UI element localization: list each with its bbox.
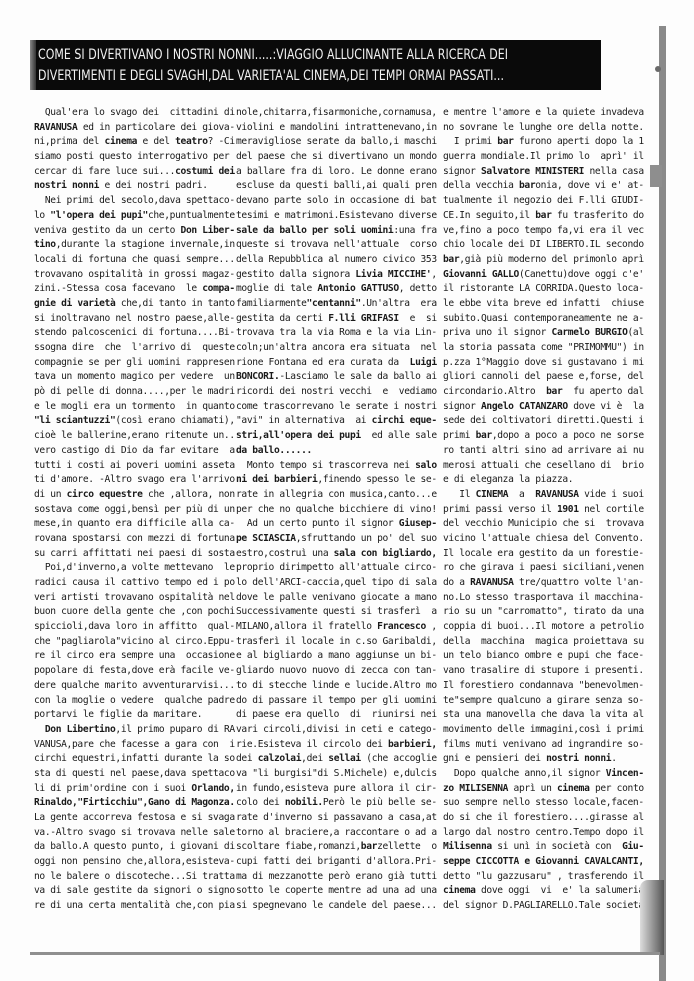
text-line: priva uno il signor Carmelo BURGIO(al xyxy=(443,326,643,341)
banner-scan-edge xyxy=(30,40,36,90)
text-line: da ballo...... xyxy=(236,444,436,459)
text-line: va.-Altro svago si trovava nelle sale xyxy=(34,826,234,841)
text-line: ro tanti altri sino ad arrivare ai nu xyxy=(443,444,643,459)
text-line: MILANO,allora il fratello Francesco , xyxy=(236,620,436,635)
text-line: rione Fontana ed era curata da Luigi xyxy=(236,356,436,371)
text-line: della macchina magica proiettava su xyxy=(443,635,643,650)
text-line: tino,durante la stagione invernale,in xyxy=(34,238,234,253)
text-line: do a RAVANUSA tre/quattro volte l'an- xyxy=(443,576,643,591)
text-line: compagnie se per gli uomini rappresen xyxy=(34,356,234,371)
text-line: vero castigo di Dio da far evitare a xyxy=(34,444,234,459)
text-line: gliori cannoli del paese e,forse, del xyxy=(443,370,643,385)
text-line: portarvi le figlie da maritare. xyxy=(34,708,234,723)
text-line: subito.Quasi contemporaneamente ne a- xyxy=(443,312,643,327)
text-line: stri,all'opera dei pupi ed alle sale xyxy=(236,429,436,444)
text-line: coppia di buoi...Il motore a petrolio xyxy=(443,620,643,635)
text-line: e le mogli era un tormento in quanto xyxy=(34,400,234,415)
text-line: cupi fatti dei briganti d'allora.Pri- xyxy=(236,855,436,870)
text-line: films muti venivano ad ingrandire so- xyxy=(443,738,643,753)
text-line: pe SCIASCIA,sfruttando un po' del suo xyxy=(236,532,436,547)
text-line: e di eleganza la piazza. xyxy=(443,473,643,488)
text-line: rovana spostarsi con mezzi di fortuna xyxy=(34,532,234,547)
text-line: CE.In seguito,il bar fu trasferito do xyxy=(443,209,643,224)
text-line: e mentre l'amore e la quiete invadeva xyxy=(443,106,643,121)
text-line: ssogna dire che l'arrivo di queste xyxy=(34,341,234,356)
text-line: pò di pelle di donna....,per le madri xyxy=(34,385,234,400)
text-line: Il forestiero condannava "benevolmen- xyxy=(443,679,643,694)
article-column-1: Qual'era lo svago dei cittadini diRAVANU… xyxy=(34,106,234,914)
text-line: Qual'era lo svago dei cittadini di xyxy=(34,106,234,121)
text-line: sale da ballo per soli uomini:una fra xyxy=(236,224,436,239)
text-line: gliardo nuovo nuovo di zecca con tan- xyxy=(236,664,436,679)
text-line: e al bigliardo a mano aggiunse un bi- xyxy=(236,649,436,664)
text-line: le ebbe vita breve ed infatti chiuse xyxy=(443,297,643,312)
text-line: Successivamente questi si trasferì a xyxy=(236,605,436,620)
text-line: con la moglie o vedere qualche padre xyxy=(34,694,234,709)
text-line: Don Libertino,il primo puparo di RA xyxy=(34,723,234,738)
text-line: zini.-Stessa cosa facevano le compa- xyxy=(34,282,234,297)
text-line: La gente accorreva festosa e si svaga xyxy=(34,811,234,826)
text-line: proprio dirimpetto all'attuale circo- xyxy=(236,561,436,576)
text-line: ni dei barbieri,finendo spesso le se- xyxy=(236,473,436,488)
text-line: primi passi verso il 1901 nel cortile xyxy=(443,503,643,518)
text-line: cercar di fare luce sui...costumi dei xyxy=(34,165,234,180)
text-line: siamo posti questo interrogativo per xyxy=(34,150,234,165)
text-line: seppe CICCOTTA e Giovanni CAVALCANTI, xyxy=(443,855,643,870)
headline-banner: COME SI DIVERTIVANO I NOSTRI NONNI.....:… xyxy=(30,40,601,90)
text-line: la storia passata come "PRIMOMMU") in xyxy=(443,341,643,356)
text-line: tualmente il negozio dei F.lli GIUDI- xyxy=(443,194,643,209)
text-line: gni e pensieri dei nostri nonni. xyxy=(443,752,643,767)
text-line: va di sale gestite da signori o signo xyxy=(34,884,234,899)
text-line: oggi non pensino che,allora,esisteva- xyxy=(34,855,234,870)
text-line: tutti i costi ai poveri uomini asseta xyxy=(34,459,234,474)
text-line: detto "lu gazzusaru" , trasferendo il xyxy=(443,870,643,885)
text-line: spiccioli,dava loro in affitto qual- xyxy=(34,620,234,635)
text-line: veri artisti trovavano ospitalità nel xyxy=(34,591,234,606)
text-line: bar,già più moderno del primonlo aprì xyxy=(443,253,643,268)
scan-artifact-tab xyxy=(650,165,662,187)
text-line: di paese era quello di riunirsi nei xyxy=(236,708,436,723)
scan-corner-shadow xyxy=(640,880,664,955)
text-line: violini e mandolini intrattenevano,in xyxy=(236,121,436,136)
text-line: Dopo qualche anno,il signor Vincen- xyxy=(443,767,643,782)
text-line: to di stecche linde e lucide.Altro mo xyxy=(236,679,436,694)
text-line: nole,chitarra,fisarmoniche,cornamusa, xyxy=(236,106,436,121)
text-line: cioè le ballerine,erano ritenute un.. xyxy=(34,429,234,444)
text-line: del signor D.PAGLIARELLO.Tale società xyxy=(443,899,643,914)
text-line: circhi equestri,infatti durante la so xyxy=(34,752,234,767)
text-line: come trascorrevano le serate i nostri xyxy=(236,400,436,415)
text-line: rate d'inverno si passavano a casa,at xyxy=(236,811,436,826)
text-line: che "pagliarola"vicino al circo.Eppu- xyxy=(34,635,234,650)
text-line: rie.Esisteva il circolo dei barbieri, xyxy=(236,738,436,753)
text-line: gestita da certi F.lli GRIFASI e si xyxy=(236,312,436,327)
text-line: do si che il forestiero....girasse al xyxy=(443,811,643,826)
text-line: Ad un certo punto il signor Giusep- xyxy=(236,517,436,532)
text-line: nostri nonni e dei nostri padri. xyxy=(34,179,234,194)
text-line: stendo palcoscenici di fortuna....Bi- xyxy=(34,326,234,341)
text-line: escluse da questi balli,ai quali pren xyxy=(236,179,436,194)
article-column-2: nole,chitarra,fisarmoniche,cornamusa,vio… xyxy=(236,106,436,914)
text-line: ro che girava i paesi siciliani,venen xyxy=(443,561,643,576)
headline-line-2: DIVERTIMENTI E DEGLI SVAGHI,DAL VARIETA'… xyxy=(38,66,522,87)
text-line: mese,in quanto era difficile alla ca- xyxy=(34,517,234,532)
text-line: rio su un "carromatto", tirato da una xyxy=(443,605,643,620)
text-line: largo dal nostro centro.Tempo dopo il xyxy=(443,826,643,841)
text-line: circondario.Altro bar fu aperto dal xyxy=(443,385,643,400)
text-line: ma di mezzanotte però erano già tutti xyxy=(236,870,436,885)
text-line: ni,prima del cinema e del teatro? -Ci xyxy=(34,135,234,150)
text-line: a ballare fra di loro. Le donne erano xyxy=(236,165,436,180)
text-line: dove le palle venivano giocate a mano xyxy=(236,591,436,606)
text-line: dei calzolai,dei sellai (che accoglie xyxy=(236,752,436,767)
text-line: signor Salvatore MINISTERI nella casa xyxy=(443,165,643,180)
text-line: familiarmente"centanni".Un'altra era xyxy=(236,297,436,312)
text-line: do di passare il tempo per gli uomini xyxy=(236,694,436,709)
text-line: tesimi e matrimoni.Esistevano diverse xyxy=(236,209,436,224)
text-line: "li sciantuzzi"(così erano chiamati), xyxy=(34,414,234,429)
text-line: della vecchia baronia, dove vi e' at- xyxy=(443,179,643,194)
text-line: un telo bianco ombre e pupi che face- xyxy=(443,649,643,664)
text-line: si spegnevano le candele del paese... xyxy=(236,899,436,914)
text-line: si inoltravano nel nostro paese,alle- xyxy=(34,312,234,327)
text-line: BONCORI.-Lasciamo le sale da ballo ai xyxy=(236,370,436,385)
text-line: sede dei coltivatori diretti.Questi i xyxy=(443,414,643,429)
text-line: gnie di varietà che,di tanto in tanto xyxy=(34,297,234,312)
text-line: Giovanni GALLO(Canettu)dove oggi c'e' xyxy=(443,268,643,283)
text-line: scoltare fiabe,romanzi,barzellette o xyxy=(236,840,436,855)
text-line: coln;un'altra ancora era situata nel xyxy=(236,341,436,356)
text-line: Il CINEMA a RAVANUSA vide i suoi xyxy=(443,488,643,503)
text-line: zo MILISENNA aprì un cinema per conto xyxy=(443,782,643,797)
text-line: primi bar,dopo a poco a poco ne sorse xyxy=(443,429,643,444)
text-line: Monto tempo si trascorreva nei salo xyxy=(236,459,436,474)
text-line: meravigliose serate da ballo,i maschi xyxy=(236,135,436,150)
text-line: radici causa il cattivo tempo ed i po xyxy=(34,576,234,591)
text-line: guerra mondiale.Il primo lo aprì' il xyxy=(443,150,643,165)
text-line: torno al braciere,a raccontare o ad a xyxy=(236,826,436,841)
text-line: re di una certa mentalità che,con pia xyxy=(34,899,234,914)
scanned-page: COME SI DIVERTIVANO I NOSTRI NONNI.....:… xyxy=(0,0,694,981)
text-line: del vecchio Municipio che si trovava xyxy=(443,517,643,532)
text-line: vari circoli,divisi in ceti e catego- xyxy=(236,723,436,738)
text-line: movimento delle immagini,così i primi xyxy=(443,723,643,738)
text-line: dere qualche marito avventurarvisi... xyxy=(34,679,234,694)
text-line: no.Lo stesso trasportava il macchina- xyxy=(443,591,643,606)
text-line: VANUSA,pare che facesse a gara con i xyxy=(34,738,234,753)
scan-artifact-dot xyxy=(655,66,661,72)
text-line: tava un momento magico per vedere un xyxy=(34,370,234,385)
text-line: vicino l'attuale chiesa del Convento. xyxy=(443,532,643,547)
text-line: Poi,d'inverno,a volte mettevano le xyxy=(34,561,234,576)
text-line: locali di fortuna che quasi sempre... xyxy=(34,253,234,268)
text-line: Rinaldo,"Firticchiu",Gano di Magonza. xyxy=(34,796,234,811)
text-line: colo dei nobili.Però le più belle se- xyxy=(236,796,436,811)
text-line: trovava tra la via Roma e la via Lin- xyxy=(236,326,436,341)
text-line: Nei primi del secolo,dava spettaco- xyxy=(34,194,234,209)
page-bottom-rule xyxy=(30,952,660,955)
text-line: ricordi dei nostri vecchi e vediamo xyxy=(236,385,436,400)
text-line: trasferì il locale in c.so Garibaldi, xyxy=(236,635,436,650)
text-line: vano trasalire di stupore i presenti. xyxy=(443,664,643,679)
text-line: devano parte solo in occasione di bat xyxy=(236,194,436,209)
text-line: su carri affittati nei paesi di sosta xyxy=(34,547,234,562)
text-line: rate in allegria con musica,canto...e xyxy=(236,488,436,503)
text-line: veniva gestito da un certo Don Liber- xyxy=(34,224,234,239)
text-line: gestito dalla signora Livia MICCIHE', xyxy=(236,268,436,283)
text-line: estro,costruì una sala con bigliardo, xyxy=(236,547,436,562)
text-line: moglie di tale Antonio GATTUSO, detto xyxy=(236,282,436,297)
text-line: sta una manovella che dava la vita al xyxy=(443,708,643,723)
text-line: re il circo era sempre una occasione xyxy=(34,649,234,664)
text-line: te"sempre qualcuno a girare senza so- xyxy=(443,694,643,709)
text-line: della Repubblica al numero civico 353 xyxy=(236,253,436,268)
text-line: Il locale era gestito da un forestie- xyxy=(443,547,643,562)
text-line: I primi bar furono aperti dopo la 1 xyxy=(443,135,643,150)
text-line: sostava come oggi,bensì per più di un xyxy=(34,503,234,518)
text-line: Milisenna si unì in società con Giu- xyxy=(443,840,643,855)
text-line: no le balere o discoteche...Si tratta xyxy=(34,870,234,885)
text-line: cinema dove oggi vi e' la salumeria xyxy=(443,884,643,899)
text-line: va "li burgisi"di S.Michele) e,dulcis xyxy=(236,767,436,782)
text-line: da ballo.A questo punto, i giovani di xyxy=(34,840,234,855)
text-line: queste si trovava nell'attuale corso xyxy=(236,238,436,253)
text-line: lo dell'ARCI-caccia,quel tipo di sala xyxy=(236,576,436,591)
text-line: in fundo,esisteva pure allora il cir- xyxy=(236,782,436,797)
text-line: merosi attuali che cesellano di brio xyxy=(443,459,643,474)
text-line: ti d'amore. -Altro svago era l'arrivo xyxy=(34,473,234,488)
headline-line-1: COME SI DIVERTIVANO I NOSTRI NONNI.....:… xyxy=(38,45,522,66)
text-line: buon cuore della gente che ,con pochi xyxy=(34,605,234,620)
text-line: signor Angelo CATANZARO dove vi è la xyxy=(443,400,643,415)
text-line: sotto le coperte mentre ad una ad una xyxy=(236,884,436,899)
text-line: "avi" in alternativa ai circhi eque- xyxy=(236,414,436,429)
text-line: trovavano ospitalità in grossi magaz- xyxy=(34,268,234,283)
text-line: sta di questi nel paese,dava spettaco xyxy=(34,767,234,782)
text-line: RAVANUSA ed in particolare dei giova- xyxy=(34,121,234,136)
text-line: lo "l'opera dei pupi"che,puntualmente xyxy=(34,209,234,224)
text-line: li di prim'ordine con i suoi Orlando, xyxy=(34,782,234,797)
text-line: chio locale dei DI LIBERTO.IL secondo xyxy=(443,238,643,253)
text-line: di un circo equestre che ,allora, non xyxy=(34,488,234,503)
text-line: suo sempre nello stesso locale,facen- xyxy=(443,796,643,811)
text-line: p.zza 1°Maggio dove si gustavano i mi xyxy=(443,356,643,371)
text-line: del paese che si divertivano un mondo xyxy=(236,150,436,165)
article-column-3: e mentre l'amore e la quiete invadevano … xyxy=(443,106,643,914)
text-line: popolare di festa,dove erà facile ve- xyxy=(34,664,234,679)
text-line: ve,fino a poco tempo fa,vi era il vec xyxy=(443,224,643,239)
text-line: per che no qualche bicchiere di vino! xyxy=(236,503,436,518)
text-line: no sovrane le lunghe ore della notte. xyxy=(443,121,643,136)
text-line: il ristorante LA CORRIDA.Questo loca- xyxy=(443,282,643,297)
